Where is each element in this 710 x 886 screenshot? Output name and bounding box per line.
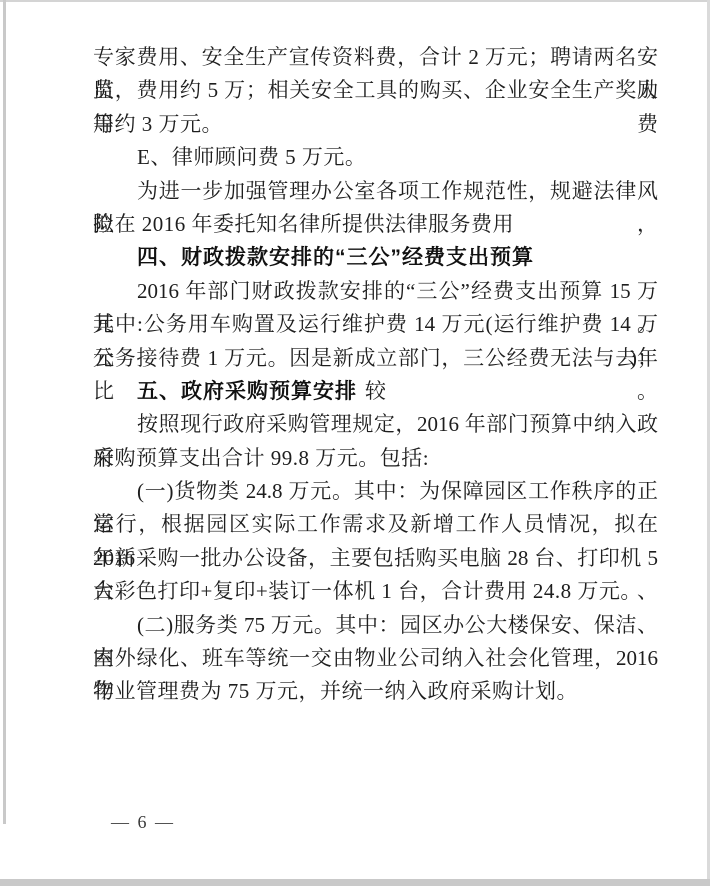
text-line: 2016 年部门财政拨款安排的“三公”经费支出预算 15 万元。 xyxy=(93,275,658,308)
text-line: 其中:公务用车购置及运行维护费 14 万元(运行维护费 14 万元)； xyxy=(93,308,658,341)
text-line: 运行，根据园区实际工作需求及新增工作人员情况，拟在 2016 xyxy=(93,508,658,541)
document-body: 专家费用、安全生产宣传资料费，合计 2 万元；聘请两名安监人员，费用约 5 万；… xyxy=(93,41,658,709)
text-line: 大彩色打印+复印+装订一体机 1 台，合计费用 24.8 万元。 xyxy=(93,575,658,608)
text-line: 采购预算支出合计 99.8 万元。包括: xyxy=(93,442,658,475)
text-line: 为进一步加强管理办公室各项工作规范性，规避法律风险， xyxy=(93,175,658,208)
text-line: 物业管理费为 75 万元，并统一纳入政府采购计划。 xyxy=(93,675,658,708)
text-line: 专家费用、安全生产宣传资料费，合计 2 万元；聘请两名安监人 xyxy=(93,41,658,74)
text-line: 内外绿化、班车等统一交由物业公司纳入社会化管理，2016 年 xyxy=(93,642,658,675)
scan-edge-bottom xyxy=(0,879,710,886)
section-heading: 四、财政拨款安排的“三公”经费支出预算 xyxy=(93,241,658,274)
page-number: — 6 — xyxy=(111,812,175,833)
text-line: 公务接待费 1 万元。因是新成立部门，三公经费无法与去年比较。 xyxy=(93,342,658,375)
text-line: (一)货物类 24.8 万元。其中：为保障园区工作秩序的正常 xyxy=(93,475,658,508)
scanned-document-page: 专家费用、安全生产宣传资料费，合计 2 万元；聘请两名安监人员，费用约 5 万；… xyxy=(0,0,710,886)
text-line: 员，费用约 5 万；相关安全工具的购买、企业安全生产奖励等费 xyxy=(93,74,658,107)
text-line: 按照现行政府采购管理规定，2016 年部门预算中纳入政府 xyxy=(93,408,658,441)
text-line: (二)服务类 75 万元。其中：园区办公大楼保安、保洁、室 xyxy=(93,609,658,642)
scan-edge-left xyxy=(3,0,6,824)
text-line: 年新采购一批办公设备，主要包括购买电脑 28 台、打印机 5 台、 xyxy=(93,542,658,575)
scan-edge-top xyxy=(0,0,710,2)
text-line: E、律师顾问费 5 万元。 xyxy=(93,141,658,174)
